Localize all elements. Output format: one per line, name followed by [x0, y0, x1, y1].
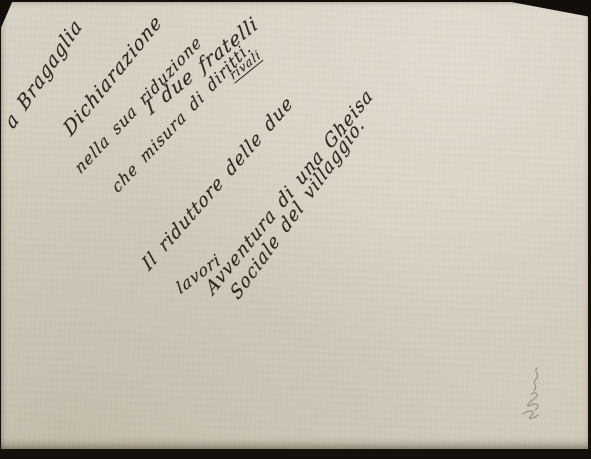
paper-sheet: a Bragaglia Dichiarazione nella sua ridu… [1, 2, 588, 449]
scanned-document: a Bragaglia Dichiarazione nella sua ridu… [0, 0, 591, 459]
pencil-mark [513, 364, 553, 428]
